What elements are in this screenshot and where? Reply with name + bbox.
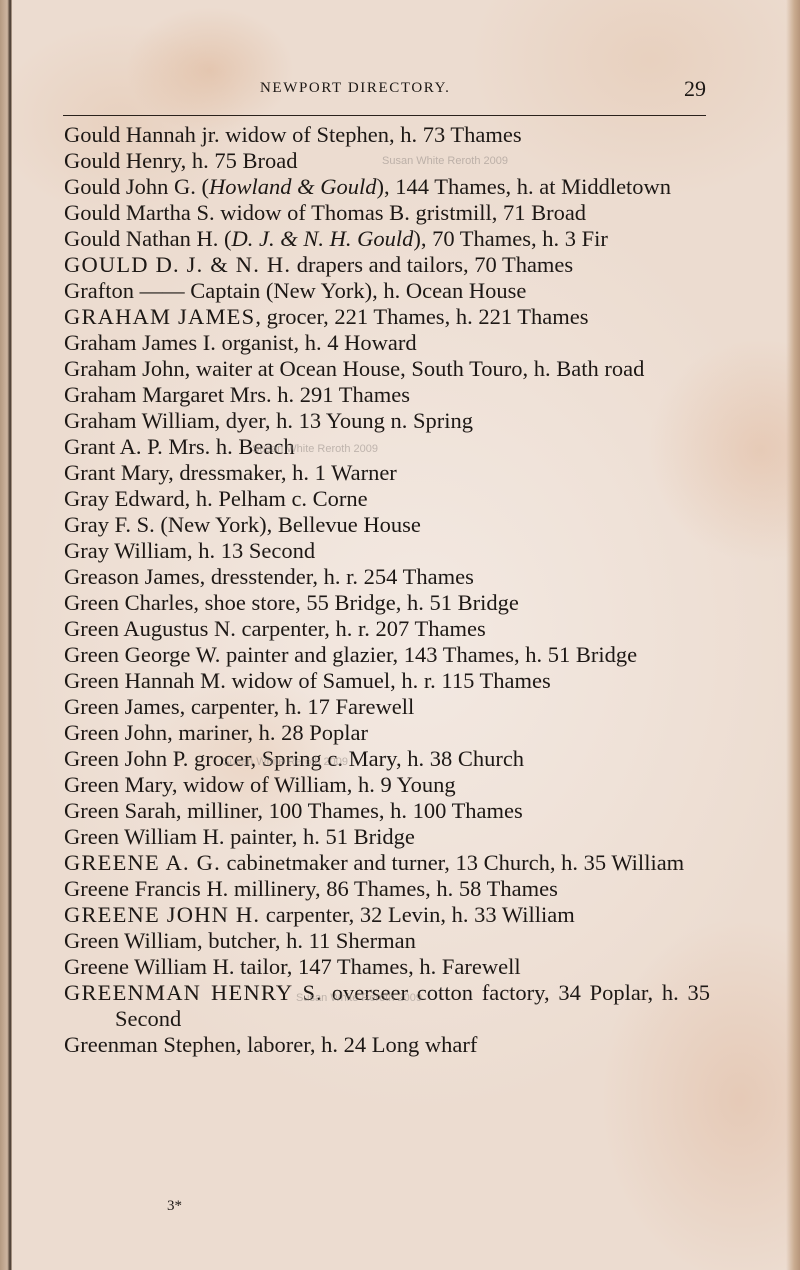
entry-text: Greenman Stephen, laborer, h. 24 Long wh…	[64, 1032, 477, 1057]
entry-firm-name: Howland & Gould	[209, 174, 377, 199]
directory-entry: Greason James, dresstender, h. r. 254 Th…	[64, 564, 710, 590]
header-rule	[63, 115, 706, 116]
entry-text: Green George W. painter and glazier, 143…	[64, 642, 637, 667]
directory-entry: Gray Edward, h. Pelham c. Corne	[64, 486, 710, 512]
page-header: NEWPORT DIRECTORY. 29	[64, 80, 706, 104]
signature-mark: 3*	[167, 1198, 182, 1215]
entry-text: ), 144 Thames, h. at Middletown	[377, 174, 672, 199]
entry-name-caps: GREENMAN HENRY S.	[64, 980, 323, 1005]
entry-text: Green Hannah M. widow of Samuel, h. r. 1…	[64, 668, 551, 693]
directory-entry: Gray F. S. (New York), Bellevue House	[64, 512, 710, 538]
entry-text: Gould Henry, h. 75 Broad	[64, 148, 298, 173]
directory-entry: Grant A. P. Mrs. h. Beach	[64, 434, 710, 460]
entry-text: Gray Edward, h. Pelham c. Corne	[64, 486, 368, 511]
entry-text: Green John, mariner, h. 28 Poplar	[64, 720, 368, 745]
entry-text: Green Augustus N. carpenter, h. r. 207 T…	[64, 616, 486, 641]
directory-entry: Green Charles, shoe store, 55 Bridge, h.…	[64, 590, 710, 616]
directory-entry: GREENE A. G. cabinetmaker and turner, 13…	[64, 850, 710, 876]
entry-name-caps: GREENE JOHN H.	[64, 902, 260, 927]
directory-entries: Gould Hannah jr. widow of Stephen, h. 73…	[64, 122, 710, 1058]
entry-text: Gould Martha S. widow of Thomas B. grist…	[64, 200, 586, 225]
running-title: NEWPORT DIRECTORY.	[260, 80, 450, 97]
directory-entry: Graham Margaret Mrs. h. 291 Thames	[64, 382, 710, 408]
entry-name-caps: GREENE A. G.	[64, 850, 221, 875]
directory-entry: Grant Mary, dressmaker, h. 1 Warner	[64, 460, 710, 486]
directory-page: NEWPORT DIRECTORY. 29 Gould Hannah jr. w…	[0, 0, 800, 1270]
entry-text: Grafton —— Captain (New York), h. Ocean …	[64, 278, 526, 303]
directory-entry: Green Augustus N. carpenter, h. r. 207 T…	[64, 616, 710, 642]
directory-entry: Graham William, dyer, h. 13 Young n. Spr…	[64, 408, 710, 434]
page-edge	[786, 0, 800, 1270]
entry-text: Gray William, h. 13 Second	[64, 538, 315, 563]
directory-entry: Grafton —— Captain (New York), h. Ocean …	[64, 278, 710, 304]
watermark: Susan White Reroth 2009	[222, 756, 348, 768]
entry-text: Green William H. painter, h. 51 Bridge	[64, 824, 415, 849]
entry-text: Grant Mary, dressmaker, h. 1 Warner	[64, 460, 397, 485]
entry-text: , grocer, 221 Thames, h. 221 Thames	[255, 304, 588, 329]
directory-entry: Greene William H. tailor, 147 Thames, h.…	[64, 954, 710, 980]
directory-entry: Greenman Stephen, laborer, h. 24 Long wh…	[64, 1032, 710, 1058]
entry-text: Greason James, dresstender, h. r. 254 Th…	[64, 564, 474, 589]
entry-text: Graham John, waiter at Ocean House, Sout…	[64, 356, 644, 381]
entry-text: Gould Hannah jr. widow of Stephen, h. 73…	[64, 122, 522, 147]
entry-text: Greene Francis H. millinery, 86 Thames, …	[64, 876, 558, 901]
directory-entry: Gould Hannah jr. widow of Stephen, h. 73…	[64, 122, 710, 148]
entry-text: ), 70 Thames, h. 3 Fir	[413, 226, 608, 251]
entry-name-caps: GRAHAM JAMES	[64, 304, 255, 329]
book-gutter	[0, 0, 12, 1270]
directory-entry: Gould Martha S. widow of Thomas B. grist…	[64, 200, 710, 226]
entry-text: Graham William, dyer, h. 13 Young n. Spr…	[64, 408, 473, 433]
directory-entry: Green William, butcher, h. 11 Sherman	[64, 928, 710, 954]
entry-text: Graham Margaret Mrs. h. 291 Thames	[64, 382, 410, 407]
directory-entry: GREENMAN HENRY S. overseer cotton factor…	[64, 980, 710, 1032]
directory-entry: Greene Francis H. millinery, 86 Thames, …	[64, 876, 710, 902]
directory-entry: Gould Nathan H. (D. J. & N. H. Gould), 7…	[64, 226, 710, 252]
directory-entry: Green Hannah M. widow of Samuel, h. r. 1…	[64, 668, 710, 694]
entry-text: Graham James I. organist, h. 4 Howard	[64, 330, 417, 355]
directory-entry: Green George W. painter and glazier, 143…	[64, 642, 710, 668]
directory-entry: Graham James I. organist, h. 4 Howard	[64, 330, 710, 356]
directory-entry: Graham John, waiter at Ocean House, Sout…	[64, 356, 710, 382]
entry-text: Green William, butcher, h. 11 Sherman	[64, 928, 416, 953]
directory-entry: GOULD D. J. & N. H. drapers and tailors,…	[64, 252, 710, 278]
directory-entry: Green John, mariner, h. 28 Poplar	[64, 720, 710, 746]
entry-text: Green Mary, widow of William, h. 9 Young	[64, 772, 456, 797]
entry-text: Gray F. S. (New York), Bellevue House	[64, 512, 421, 537]
entry-firm-name: D. J. & N. H. Gould	[231, 226, 413, 251]
entry-text: carpenter, 32 Levin, h. 33 William	[260, 902, 575, 927]
directory-entry: Green John P. grocer, Spring c. Mary, h.…	[64, 746, 710, 772]
directory-entry: Gray William, h. 13 Second	[64, 538, 710, 564]
directory-entry: Gould John G. (Howland & Gould), 144 Tha…	[64, 174, 710, 200]
entry-text: Green James, carpenter, h. 17 Farewell	[64, 694, 414, 719]
directory-entry: Green James, carpenter, h. 17 Farewell	[64, 694, 710, 720]
page-number: 29	[684, 76, 706, 102]
entry-text: Greene William H. tailor, 147 Thames, h.…	[64, 954, 521, 979]
directory-entry: Green Mary, widow of William, h. 9 Young	[64, 772, 710, 798]
entry-text: Green Charles, shoe store, 55 Bridge, h.…	[64, 590, 519, 615]
watermark: Susan White Reroth 2009	[252, 443, 378, 455]
directory-entry: GREENE JOHN H. carpenter, 32 Levin, h. 3…	[64, 902, 710, 928]
watermark: Susan White Reroth 2009	[296, 992, 422, 1004]
entry-text: Gould Nathan H. (	[64, 226, 231, 251]
directory-entry: Green Sarah, milliner, 100 Thames, h. 10…	[64, 798, 710, 824]
entry-name-caps: GOULD D. J. & N. H.	[64, 252, 291, 277]
entry-text: Gould John G. (	[64, 174, 209, 199]
entry-text: cabinetmaker and turner, 13 Church, h. 3…	[221, 850, 684, 875]
watermark: Susan White Reroth 2009	[382, 155, 508, 167]
entry-text: drapers and tailors, 70 Thames	[291, 252, 573, 277]
entry-text: Green Sarah, milliner, 100 Thames, h. 10…	[64, 798, 523, 823]
directory-entry: GRAHAM JAMES, grocer, 221 Thames, h. 221…	[64, 304, 710, 330]
directory-entry: Green William H. painter, h. 51 Bridge	[64, 824, 710, 850]
